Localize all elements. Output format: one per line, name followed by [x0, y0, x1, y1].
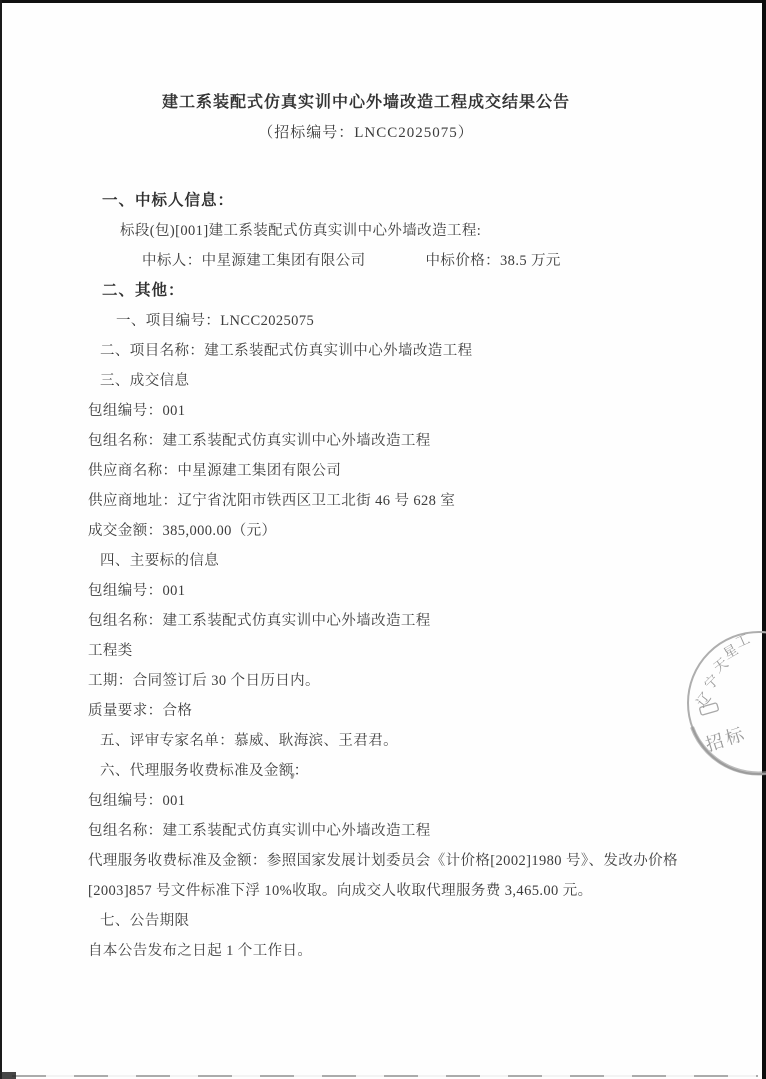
project-name-line: 二、项目名称：建工系装配式仿真实训中心外墙改造工程	[100, 336, 644, 366]
supplier-address: 供应商地址：辽宁省沈阳市铁西区卫工北街 46 号 628 室	[88, 486, 644, 516]
deal-package-name: 包组名称：建工系装配式仿真实训中心外墙改造工程	[88, 426, 644, 456]
seal-word: 招标	[703, 723, 749, 755]
winner-section-heading: 一、中标人信息：	[102, 186, 644, 216]
page-title: 建工系装配式仿真实训中心外墙改造工程成交结果公告	[88, 88, 644, 118]
deal-amount: 成交金额：385,000.00（元）	[88, 516, 644, 546]
subject-package-number: 包组编号：001	[88, 576, 644, 606]
other-section-heading: 二、其他：	[102, 276, 644, 306]
lot-line: 标段(包)[001]建工系装配式仿真实训中心外墙改造工程:	[120, 216, 644, 246]
project-number-line: 一、项目编号：LNCC2025075	[116, 306, 644, 336]
deal-info-heading: 三、成交信息	[100, 366, 644, 396]
agency-seal: 辽 宁 天 星 工 招标	[676, 618, 766, 798]
winner-line: 中标人：中星源建工集团有限公司 中标价格：38.5 万元	[142, 246, 644, 276]
winner-name: 中标人：中星源建工集团有限公司	[142, 253, 366, 269]
scanned-document-page: 建工系装配式仿真实训中心外墙改造工程成交结果公告 （招标编号：LNCC20250…	[0, 0, 766, 1079]
agency-fee-heading: 六、代理服务收费标准及金额：	[100, 756, 644, 786]
notice-period-line: 自本公告发布之日起 1 个工作日。	[88, 936, 644, 966]
title-gap	[88, 148, 644, 186]
agency-fee-line-2: [2003]857 号文件标准下浮 10%收取。向成交人收取代理服务费 3,46…	[88, 876, 644, 906]
agency-package-name: 包组名称：建工系装配式仿真实训中心外墙改造工程	[88, 816, 644, 846]
deal-package-number: 包组编号：001	[88, 396, 644, 426]
agency-fee-line-1: 代理服务收费标准及金额：参照国家发展计划委员会《计价格[2002]1980 号》…	[88, 846, 644, 876]
scan-corner-mark	[0, 1072, 16, 1079]
subject-duration: 工期：合同签订后 30 个日历日内。	[88, 666, 644, 696]
experts-line: 五、评审专家名单：慕威、耿海滨、王君君。	[100, 726, 644, 756]
subject-info-heading: 四、主要标的信息	[100, 546, 644, 576]
subject-quality: 质量要求：合格	[88, 696, 644, 726]
agency-package-number: 包组编号：001	[88, 786, 644, 816]
notice-period-heading: 七、公告期限	[100, 906, 644, 936]
subject-package-name: 包组名称：建工系装配式仿真实训中心外墙改造工程	[88, 606, 644, 636]
scan-edge-right	[762, 0, 766, 1079]
supplier-name: 供应商名称：中星源建工集团有限公司	[88, 456, 644, 486]
scan-edge-bottom	[12, 1075, 758, 1077]
tender-number-subtitle: （招标编号：LNCC2025075）	[88, 118, 644, 148]
document-body: 建工系装配式仿真实训中心外墙改造工程成交结果公告 （招标编号：LNCC20250…	[88, 0, 644, 966]
winner-price: 中标价格：38.5 万元	[426, 253, 561, 269]
subject-category: 工程类	[88, 636, 644, 666]
scan-edge-left	[0, 0, 2, 1079]
